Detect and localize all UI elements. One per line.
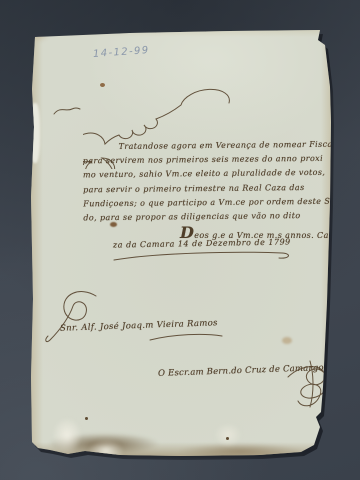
stain-left-edge: [30, 27, 43, 457]
pencil-archival-date: 14-12-99: [93, 45, 150, 60]
stain-bottom-left-dark: [48, 433, 160, 455]
worn-chip-left-edge: [30, 103, 40, 163]
foxing-spot-3: [85, 417, 88, 420]
pen-squiggle-mark: [52, 103, 82, 119]
date-underline-flourish: [110, 249, 300, 263]
valediction-line-2: za da Camara 14 de Dezembro de 1799: [113, 237, 291, 249]
addressee-flourish: [42, 288, 114, 352]
signature-paraph: [280, 355, 336, 413]
manuscript-paper: 14-12-99 Tratandose agora em Vereança de…: [30, 27, 332, 457]
foxing-spot-4: [226, 437, 229, 440]
stain-pale-blob-1: [52, 417, 82, 453]
stain-pale-blob-2: [88, 439, 124, 463]
foxing-spot-5: [282, 337, 292, 344]
letter-body: Tratandose agora em Vereança de nomear F…: [83, 138, 336, 226]
stain-top-left-corner: [30, 27, 78, 65]
stain-top-edge: [30, 27, 332, 37]
addressee-underline-flourish: [148, 331, 226, 343]
stain-pale-blob-3: [214, 423, 242, 447]
photo-background: 14-12-99 Tratandose agora em Vereança de…: [0, 0, 360, 480]
